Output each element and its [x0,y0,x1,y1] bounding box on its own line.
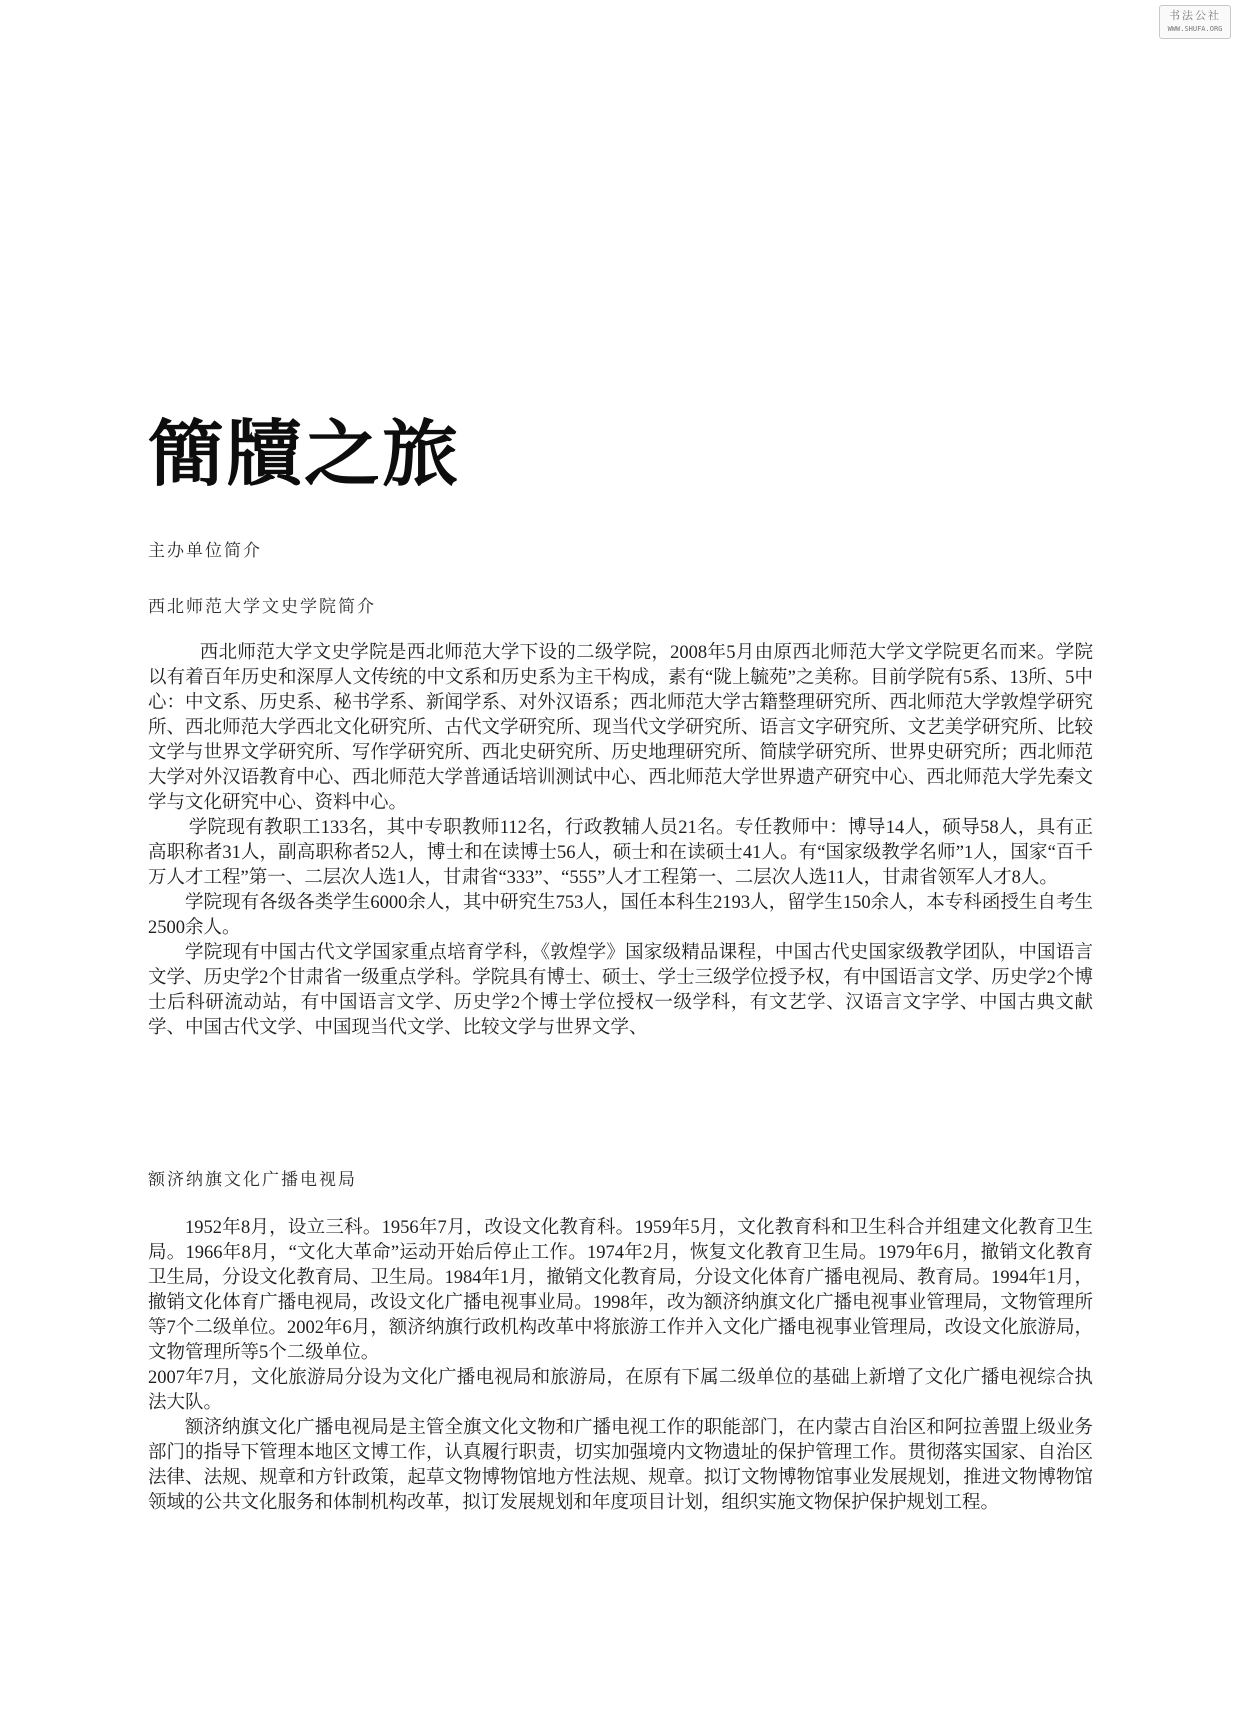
paragraph: 学院现有各级各类学生6000余人，其中研究生753人，国任本科生2193人，留学… [148,891,1093,941]
watermark-url: WWW.SHUFA.ORG [1160,24,1230,34]
watermark-logo-text: 书法公社 [1160,8,1230,24]
paragraph: 2007年7月，文化旅游局分设为文化广播电视局和旅游局，在原有下属二级单位的基础… [148,1366,1093,1416]
paragraph: 学院现有中国古代文学国家重点培育学科，《敦煌学》国家级精品课程，中国古代史国家级… [148,941,1093,1041]
watermark-logo: 书法公社 WWW.SHUFA.ORG [1159,5,1231,39]
org-body-ejina-culture-bureau: 1952年8月，设立三科。1956年7月，改设文化教育科。1959年5月，文化教… [148,1216,1093,1516]
org-heading-ejina-culture-bureau: 额济纳旗文化广播电视局 [148,1169,357,1191]
section-heading: 主办单位简介 [148,540,262,562]
org-heading-northwest-normal-university: 西北师范大学文史学院简介 [148,596,376,618]
paragraph: 1952年8月，设立三科。1956年7月，改设文化教育科。1959年5月，文化教… [148,1216,1093,1366]
calligraphy-title: 簡牘之旅 [148,418,460,490]
paragraph: 学院现有教职工133名，其中专职教师112名，行政教辅人员21名。专任教师中：博… [148,816,1093,891]
paragraph: 额济纳旗文化广播电视局是主管全旗文化文物和广播电视工作的职能部门，在内蒙古自治区… [148,1416,1093,1516]
org-body-northwest-normal-university: 西北师范大学文史学院是西北师范大学下设的二级学院，2008年5月由原西北师范大学… [148,641,1093,1041]
paragraph: 西北师范大学文史学院是西北师范大学下设的二级学院，2008年5月由原西北师范大学… [148,641,1093,816]
